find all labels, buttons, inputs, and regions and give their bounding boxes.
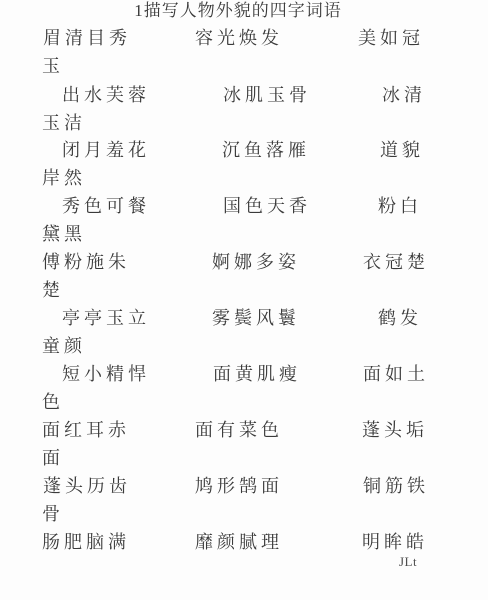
idiom-r5-c2: 婀娜多姿	[212, 253, 300, 271]
idiom-r1-c1: 眉清目秀	[43, 29, 131, 47]
idiom-r7-c1: 短小精悍	[62, 365, 150, 383]
idiom-r10-c1: 肠肥脑满	[42, 533, 130, 551]
idiom-r2-wrap: 玉洁	[42, 114, 86, 132]
idiom-r6-c3: 鹤发	[378, 309, 422, 327]
idiom-r1-c3: 美如冠	[358, 29, 424, 47]
idiom-r8-wrap: 面	[42, 449, 64, 467]
idiom-r7-c3: 面如土	[363, 365, 429, 383]
idiom-r9-wrap: 骨	[42, 505, 64, 523]
idiom-r5-c3: 衣冠楚	[363, 253, 429, 271]
idiom-r2-c1: 出水芙蓉	[62, 86, 150, 104]
idiom-r5-c1: 傅粉施朱	[42, 253, 130, 271]
idiom-r3-wrap: 岸然	[42, 169, 86, 187]
idiom-r6-wrap: 童颜	[42, 337, 86, 355]
idiom-r9-c1: 蓬头历齿	[43, 477, 131, 495]
idiom-r9-c2: 鸠形鹄面	[195, 477, 283, 495]
idiom-r6-c2: 雾鬓风鬟	[212, 309, 300, 327]
idiom-r4-c3: 粉白	[378, 197, 422, 215]
watermark-text: JLt	[399, 555, 417, 568]
idiom-r2-c3: 冰清	[382, 86, 426, 104]
idiom-r3-c2: 沉鱼落雁	[222, 141, 310, 159]
idiom-r4-wrap: 黛黑	[42, 225, 86, 243]
idiom-r4-c1: 秀色可餐	[62, 197, 150, 215]
idiom-r3-c3: 道貌	[380, 141, 424, 159]
idiom-r9-c3: 铜筋铁	[363, 477, 429, 495]
idiom-r10-c3: 明眸皓	[362, 533, 428, 551]
idiom-r8-c3: 蓬头垢	[362, 421, 428, 439]
idiom-r1-wrap: 玉	[42, 57, 64, 75]
idiom-r7-wrap: 色	[42, 393, 64, 411]
idiom-r8-c2: 面有菜色	[195, 421, 283, 439]
idiom-r3-c1: 闭月羞花	[62, 141, 150, 159]
idiom-r5-wrap: 楚	[42, 281, 64, 299]
idiom-r1-c2: 容光焕发	[195, 29, 283, 47]
idiom-r4-c2: 国色天香	[223, 197, 311, 215]
idiom-r7-c2: 面黄肌瘦	[213, 365, 301, 383]
idiom-r2-c2: 冰肌玉骨	[223, 86, 311, 104]
page-title: 1描写人物外貌的四字词语	[0, 2, 476, 21]
document-page: 1描写人物外貌的四字词语 眉清目秀 容光焕发 美如冠 玉 出水芙蓉 冰肌玉骨 冰…	[0, 0, 488, 600]
idiom-r10-c2: 靡颜腻理	[195, 533, 283, 551]
idiom-r8-c1: 面红耳赤	[42, 421, 130, 439]
idiom-r6-c1: 亭亭玉立	[62, 309, 150, 327]
